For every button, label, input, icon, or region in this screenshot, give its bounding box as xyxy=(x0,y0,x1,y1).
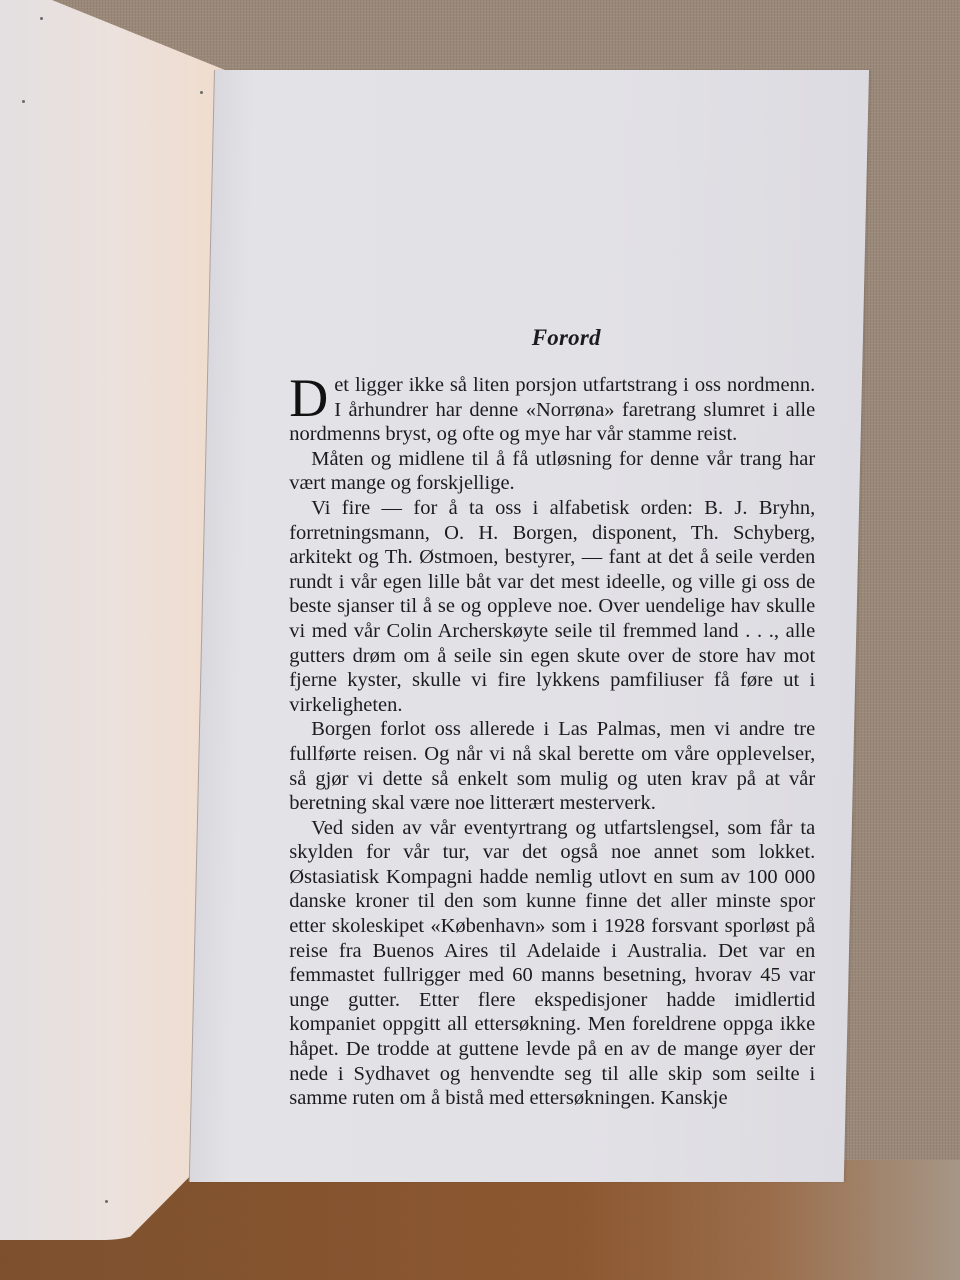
paragraph-5: Ved siden av vår eventyrtrang og utfarts… xyxy=(289,816,815,1111)
paragraph-1-text: et ligger ikke så liten porsjon utfartst… xyxy=(289,374,815,445)
paragraph-1: Det ligger ikke så liten porsjon utfarts… xyxy=(289,373,815,447)
paper-speck xyxy=(200,91,203,94)
paragraph-2: Måten og midlene til å få utløsning for … xyxy=(289,447,815,496)
paper-speck xyxy=(40,17,43,20)
page-content: Forord Det ligger ikke så liten porsjon … xyxy=(281,325,821,1111)
drop-cap: D xyxy=(289,375,328,421)
right-page: Forord Det ligger ikke så liten porsjon … xyxy=(189,70,869,1182)
body-text: Det ligger ikke så liten porsjon utfarts… xyxy=(281,373,821,1111)
paper-speck xyxy=(105,1200,108,1203)
paper-speck xyxy=(22,100,25,103)
chapter-heading: Forord xyxy=(281,325,821,351)
paragraph-3: Vi fire — for å ta oss i alfabetisk orde… xyxy=(289,496,815,717)
paragraph-4: Borgen forlot oss allerede i Las Palmas,… xyxy=(289,717,815,815)
